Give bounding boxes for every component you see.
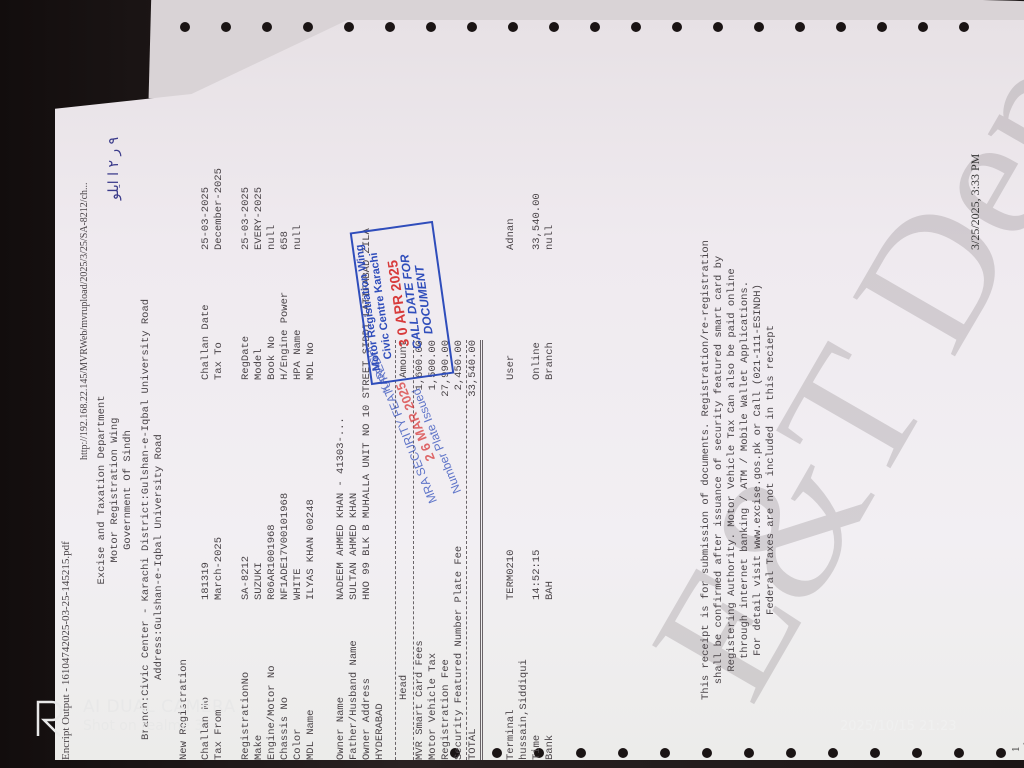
realme-logo-icon: [36, 698, 64, 738]
hole: [221, 22, 231, 32]
hole: [180, 22, 190, 32]
field-value-2: 658: [279, 100, 292, 250]
hole: [918, 22, 928, 32]
field-label: Bank: [544, 600, 557, 760]
field-label-2: Challan Date: [200, 250, 213, 380]
field-value-2: 33,540.00: [531, 100, 544, 250]
field-row: Father/Husband NameSULTAN AHMED KHAN: [348, 380, 361, 760]
field-value-2: 25-03-2025: [200, 100, 213, 250]
hole: [303, 22, 313, 32]
field-label-2: Tax To: [213, 250, 226, 380]
field-label: Terminal: [505, 600, 518, 760]
transaction-section: TerminalTERM0210UserAdnanhussain,Siddiqu…: [505, 100, 557, 760]
hole: [996, 748, 1006, 758]
field-label: RegistrationNo: [240, 600, 253, 760]
hole: [795, 22, 805, 32]
field-label-2: [518, 250, 531, 380]
field-value-2: Adnan: [505, 100, 518, 250]
field-label-2: Book No: [266, 250, 279, 380]
field-row: Time14:52:15Online33,540.00: [531, 100, 544, 760]
notice-line: Federal Taxes are not included in this r…: [765, 180, 778, 760]
field-label-2: HPA Name: [292, 250, 305, 380]
field-value: 181319: [200, 380, 213, 600]
notice-line: This receipt is for submission of docume…: [700, 180, 713, 760]
field-value: HNO 99 BLK B MUHALLA UNIT NO 10 STREET S…: [361, 380, 374, 600]
field-value-2: 25-03-2025: [240, 100, 253, 250]
field-value: [518, 380, 531, 600]
fee-head: MVR Smart Card Fees: [414, 540, 427, 760]
notice-line: For detail visit www.excise.gos.pk or Ca…: [752, 180, 765, 760]
address-line: Address:Gulshan-e-Iqbal University Road: [153, 434, 166, 680]
field-value-2: [305, 100, 318, 250]
field-value-2: null: [292, 100, 305, 250]
hole: [713, 22, 723, 32]
print-timestamp: 3/25/2025, 3:33 PM: [968, 154, 983, 250]
handwritten-note: ٩ ر ۲ ا ایلو: [108, 137, 121, 200]
camera-shot-on: Shot on realme 3: [83, 718, 203, 734]
field-value: WHITE: [292, 380, 305, 600]
field-label-2: Model: [253, 250, 266, 380]
fee-row: Registration Fee27,990.00: [440, 340, 453, 760]
fee-amount: 2,450.00: [453, 340, 466, 480]
page-number: 1 of 1: [1010, 738, 1024, 752]
hole: [508, 22, 518, 32]
print-header-url: http://192.168.22.145/MVRWeb/mvrupload/2…: [78, 182, 91, 460]
field-label: Time: [531, 600, 544, 760]
hole: [672, 22, 682, 32]
hole: [385, 22, 395, 32]
field-row: HYDERABAD: [374, 380, 387, 760]
notice-line: shall be confirmed after issuance of sec…: [713, 180, 726, 760]
field-row: BankBAHBranchnull: [544, 100, 557, 760]
field-label: Father/Husband Name: [348, 600, 361, 760]
hole: [877, 22, 887, 32]
field-label-2: MDL No: [305, 250, 318, 380]
hole: [426, 22, 436, 32]
field-value: TERM0210: [505, 380, 518, 600]
field-label: hussain,Siddiqui: [518, 600, 531, 760]
field-row: Chassis NoNF1ADE17V00101968H/Engine Powe…: [279, 100, 292, 760]
field-row: Challan No181319Challan Date25-03-2025: [200, 100, 213, 760]
header-line-3: Government Of Sindh: [122, 340, 135, 640]
field-row: Engine/Motor NoR06AR1001968Book Nonull: [266, 100, 279, 760]
field-value-2: null: [544, 100, 557, 250]
hole: [467, 22, 477, 32]
notice-line: Registering Authority. Motor Vehicle Tax…: [726, 180, 739, 760]
fee-head: Registration Fee: [440, 540, 453, 760]
field-label: Owner Name: [335, 600, 348, 760]
field-value: NADEEM AHMED KHAN - 41303-...: [335, 380, 348, 600]
field-label: Owner Address: [361, 600, 374, 760]
field-value-2: null: [266, 100, 279, 250]
field-row: hussain,Siddiqui: [518, 100, 531, 760]
field-value: R06AR1001968: [266, 380, 279, 600]
hole: [836, 22, 846, 32]
field-row: Owner NameNADEEM AHMED KHAN - 41303-...: [335, 380, 348, 760]
field-row: MakeSUZUKIModelEVERY-2025: [253, 100, 266, 760]
field-value-2: EVERY-2025: [253, 100, 266, 250]
field-row: MDL NameILYAS KHAN 00248MDL No: [305, 100, 318, 760]
field-value-2: December-2025: [213, 100, 226, 250]
fee-head: Security Featured Number Plate Fee: [453, 540, 466, 760]
fee-head: Motor Vehicle Tax: [427, 540, 440, 760]
field-value: BAH: [544, 380, 557, 600]
field-label: Chassis No: [279, 600, 292, 760]
field-value: ILYAS KHAN 00248: [305, 380, 318, 600]
field-row: Owner AddressHNO 99 BLK B MUHALLA UNIT N…: [361, 380, 374, 760]
branch-line: Branch:Civic Center - Karachi District:G…: [140, 299, 153, 740]
vehicle-section: RegistrationNoSA-8212RegDate25-03-2025Ma…: [240, 100, 318, 760]
field-value: NF1ADE17V00101968: [279, 380, 292, 600]
perforation-holes-top: [180, 22, 980, 38]
hole: [549, 22, 559, 32]
field-value: March-2025: [213, 380, 226, 600]
field-value: SUZUKI: [253, 380, 266, 600]
header-line-2: Motor Registration Wing: [109, 340, 122, 640]
owner-section: Owner NameNADEEM AHMED KHAN - 41303-...F…: [335, 380, 387, 760]
department-header: Excise and Taxation Department Motor Reg…: [96, 340, 135, 640]
hole: [262, 22, 272, 32]
field-label-2: User: [505, 250, 518, 380]
challan-section: Challan No181319Challan Date25-03-2025Ta…: [200, 100, 226, 760]
field-value: SA-8212: [240, 380, 253, 600]
field-row: TerminalTERM0210UserAdnan: [505, 100, 518, 760]
receipt-document: Encript Output - 16104742025-03-25-14521…: [60, 80, 960, 760]
notice-text: This receipt is for submission of docume…: [700, 180, 778, 760]
field-row: Tax FromMarch-2025Tax ToDecember-2025: [213, 100, 226, 760]
field-label: Challan No: [200, 600, 213, 760]
fee-row: Security Featured Number Plate Fee2,450.…: [453, 340, 466, 760]
field-row: ColorWHITEHPA Namenull: [292, 100, 305, 760]
field-label: Engine/Motor No: [266, 600, 279, 760]
fees-head-label: Head: [398, 488, 411, 760]
hole: [631, 22, 641, 32]
field-label: Color: [292, 600, 305, 760]
field-label: HYDERABAD: [374, 600, 387, 760]
field-label-2: Branch: [544, 250, 557, 380]
camera-datetime: 2025/10/15 21:23: [840, 719, 957, 734]
field-label-2: Online: [531, 250, 544, 380]
hole: [754, 22, 764, 32]
field-value: 14:52:15: [531, 380, 544, 600]
hole: [344, 22, 354, 32]
notice-line: through internet banking / ATM / Mobile …: [739, 180, 752, 760]
field-value: [374, 380, 387, 600]
field-value: SULTAN AHMED KHAN: [348, 380, 361, 600]
field-label: MDL Name: [305, 600, 318, 760]
hole: [590, 22, 600, 32]
field-label: Tax From: [213, 600, 226, 760]
total-label: TOTAL: [467, 540, 480, 760]
header-line-1: Excise and Taxation Department: [96, 340, 109, 640]
field-label-2: H/Engine Power: [279, 250, 292, 380]
field-label-2: RegDate: [240, 250, 253, 380]
total-amount: 33,540.00: [467, 340, 480, 480]
field-value-2: [518, 100, 531, 250]
camera-brand-line: AI DUAL CAMERA: [83, 697, 236, 717]
field-label: Make: [253, 600, 266, 760]
field-row: RegistrationNoSA-8212RegDate25-03-2025: [240, 100, 253, 760]
